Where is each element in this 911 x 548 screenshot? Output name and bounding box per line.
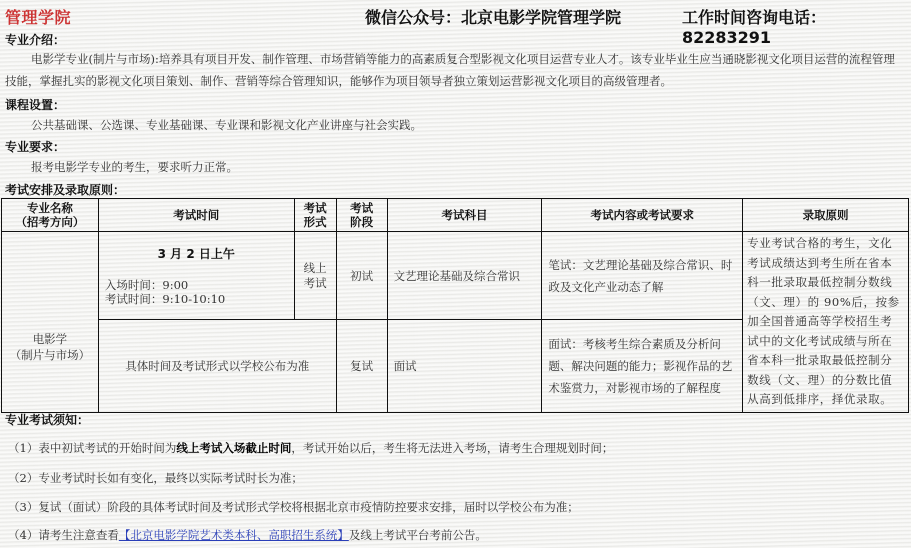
requirements-title: 专业要求：: [5, 138, 65, 155]
table-row-preliminary: 电影学 （制片与市场） 3 月 2 日上午 入场时间：9:00 考试时间：9:1…: [2, 232, 909, 320]
note-1-suffix: ，考试开始以后，考生将无法进入考场，请考生合理规划时间；: [291, 441, 613, 455]
retest-time-form: 具体时间及考试形式以学校公布为准: [98, 320, 336, 412]
requirements-text: 报考电影学专业的考生，要求听力正常。: [5, 156, 905, 178]
retest-content: 面试：考核考生综合素质及分析问题、解决问题的能力；影视作品的艺术鉴赏力，对影视市…: [542, 320, 743, 412]
exam-schedule-table: 专业名称 （招考方向） 考试时间 考试 形式 考试 阶段 考试科目 考试内容或考…: [1, 198, 909, 413]
admission-principle: 专业考试合格的考生，文化考试成绩达到考生所在省本科一批录取最低控制分数线（文、理…: [743, 232, 909, 413]
header-major: 专业名称 （招考方向）: [2, 199, 99, 232]
note-4-prefix: （4）请考生注意查看: [8, 528, 119, 542]
header-form-line2: 形式: [295, 215, 336, 229]
note-item-2: （2）专业考试时长如有变化，最终以实际考试时长为准；: [8, 470, 303, 486]
header-content: 考试内容或考试要求: [542, 199, 743, 232]
note-1-emphasis: 线上考试入场截止时间: [176, 441, 291, 455]
exam-time: 考试时间：9:10-10:10: [105, 292, 288, 306]
preliminary-time-cell: 3 月 2 日上午 入场时间：9:00 考试时间：9:10-10:10: [98, 232, 294, 320]
entry-time: 入场时间：9:00: [105, 278, 288, 292]
header-form-line1: 考试: [295, 201, 336, 215]
header-stage: 考试 阶段: [336, 199, 387, 232]
major-direction: （制片与市场）: [2, 347, 98, 363]
preliminary-stage: 初试: [336, 232, 387, 320]
note-item-3: （3）复试（面试）阶段的具体考试时间及考试形式学校将根据北京市疫情防控要求安排，…: [8, 499, 579, 515]
header-major-line2: （招考方向）: [2, 215, 98, 229]
form-line2: 考试: [295, 276, 336, 291]
preliminary-subject: 文艺理论基础及综合常识: [387, 232, 542, 320]
exam-title: 考试安排及录取原则：: [5, 181, 125, 198]
header-subject: 考试科目: [387, 199, 542, 232]
note-1-prefix: （1）表中初试考试的开始时间为: [8, 441, 176, 455]
note-4-suffix: 及线上考试平台考前公告。: [349, 528, 487, 542]
notes-title: 专业考试须知：: [5, 411, 89, 428]
intro-title: 专业介绍：: [5, 31, 65, 48]
admission-system-link[interactable]: 【北京电影学院艺术类本科、高职招生系统】: [119, 528, 349, 542]
note-item-1: （1）表中初试考试的开始时间为线上考试入场截止时间，考试开始以后，考生将无法进入…: [8, 440, 613, 456]
courses-title: 课程设置：: [5, 96, 65, 113]
header-stage-line1: 考试: [337, 201, 387, 215]
header-major-line1: 专业名称: [2, 201, 98, 215]
intro-text: 电影学专业(制片与市场):培养具有项目开发、制作管理、市场营销等能力的高素质复合…: [5, 48, 905, 92]
preliminary-content: 笔试：文艺理论基础及综合常识、时政及文化产业动态了解: [542, 232, 743, 320]
header-admission: 录取原则: [743, 199, 909, 232]
preliminary-form-cell: 线上 考试: [294, 232, 336, 320]
header-time: 考试时间: [98, 199, 294, 232]
exam-date: 3 月 2 日上午: [105, 245, 288, 262]
header-form: 考试 形式: [294, 199, 336, 232]
retest-stage: 复试: [336, 320, 387, 412]
major-cell: 电影学 （制片与市场）: [2, 232, 99, 413]
courses-text: 公共基础课、公选课、专业基础课、专业课和影视文化产业讲座与社会实践。: [5, 114, 905, 136]
page-header: 管理学院 微信公众号：北京电影学院管理学院 工作时间咨询电话：82283291: [0, 0, 911, 30]
retest-subject: 面试: [387, 320, 542, 412]
header-stage-line2: 阶段: [337, 215, 387, 229]
form-line1: 线上: [295, 261, 336, 276]
note-item-4: （4）请考生注意查看【北京电影学院艺术类本科、高职招生系统】及线上考试平台考前公…: [8, 527, 487, 543]
wechat-account: 微信公众号：北京电影学院管理学院: [365, 5, 621, 28]
major-name: 电影学: [2, 331, 98, 347]
consult-phone: 工作时间咨询电话：82283291: [682, 5, 911, 47]
table-header-row: 专业名称 （招考方向） 考试时间 考试 形式 考试 阶段 考试科目 考试内容或考…: [2, 199, 909, 232]
college-name: 管理学院: [5, 5, 71, 28]
